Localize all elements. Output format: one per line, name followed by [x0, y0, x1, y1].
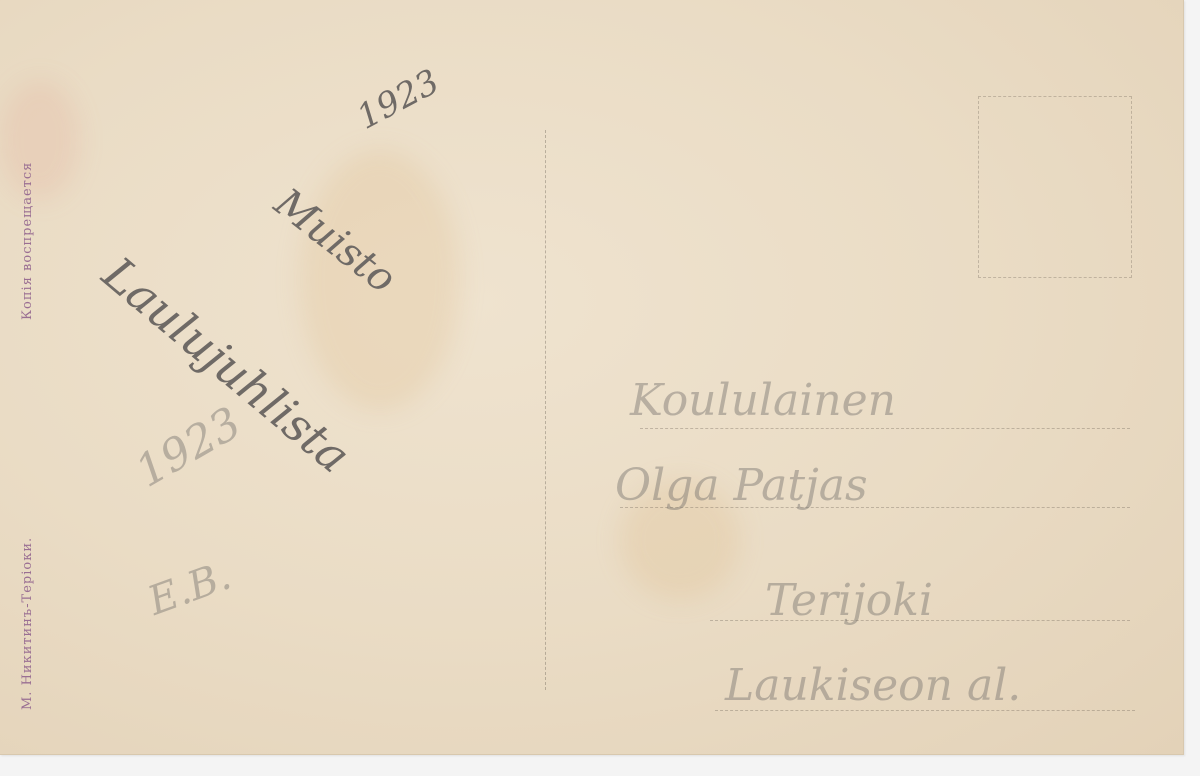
pencil-faint-initials: E.B. — [142, 553, 237, 625]
postcard-back: Копія воспрещается М. Никитинъ-Теріоки. … — [0, 0, 1184, 755]
center-divider — [545, 130, 546, 690]
red-stain — [0, 80, 80, 200]
address-line — [640, 428, 1130, 429]
printed-publisher: М. Никитинъ-Теріоки. — [20, 537, 35, 710]
address-line-4: Laukiseon al. — [725, 660, 1021, 711]
pencil-faint-date: 1923 — [127, 397, 249, 497]
stamp-box — [978, 96, 1132, 278]
printed-copy-notice: Копія воспрещается — [20, 162, 35, 320]
address-line-2: Olga Patjas — [615, 460, 868, 511]
address-line-1: Koululainen — [630, 375, 896, 426]
pencil-date: 1923 — [351, 62, 446, 138]
address-line-3: Terijoki — [765, 575, 933, 626]
